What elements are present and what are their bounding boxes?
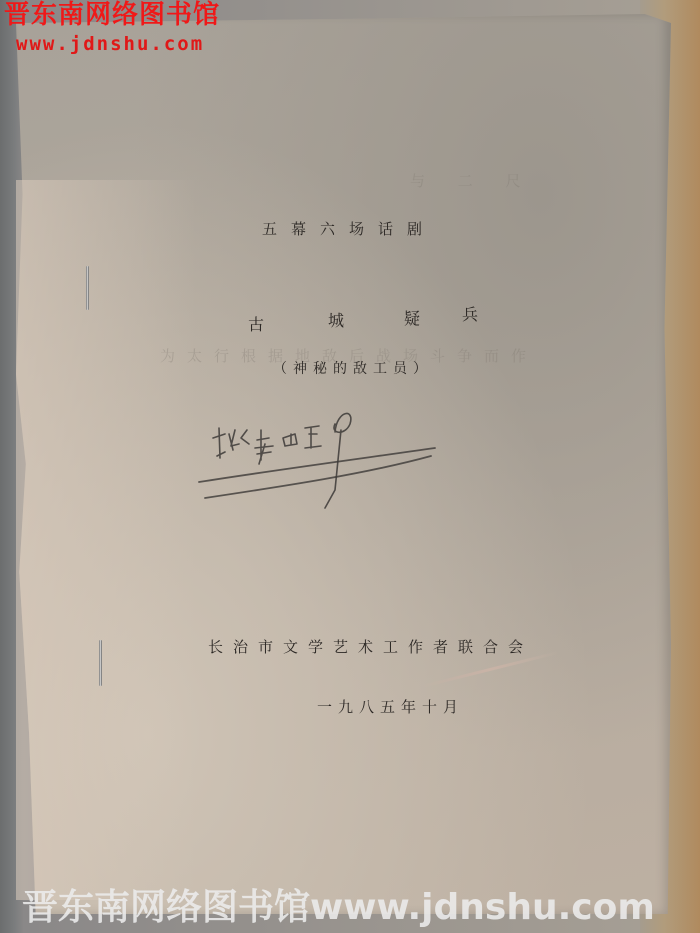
title-char-3: 疑	[404, 306, 420, 329]
handwritten-signature	[195, 400, 465, 520]
staple-bottom	[99, 640, 102, 686]
photo-scene: 与 二 尺 为太行根据地敌后战场斗争而作 五幕六场话剧 古 城 疑 兵 （神秘的…	[0, 0, 700, 933]
title-char-2: 城	[328, 308, 344, 331]
show-through-text-1: 与 二 尺	[410, 170, 535, 191]
watermark-top-title: 晋东南网络图书馆	[4, 0, 220, 30]
title-char-4: 兵	[462, 302, 478, 325]
watermark-bottom: 晋东南网络图书馆www.jdnshu.com	[22, 886, 655, 930]
alternate-title: （神秘的敌工员）	[273, 358, 433, 378]
publication-date: 一九八五年十月	[317, 696, 464, 717]
play-genre-subtitle: 五幕六场话剧	[262, 218, 436, 239]
staple-top	[86, 266, 89, 310]
title-char-1: 古	[248, 312, 264, 335]
publisher-line: 长治市文学艺术工作者联合会	[208, 636, 533, 657]
watermark-top-url: www.jdnshu.com	[16, 33, 204, 55]
